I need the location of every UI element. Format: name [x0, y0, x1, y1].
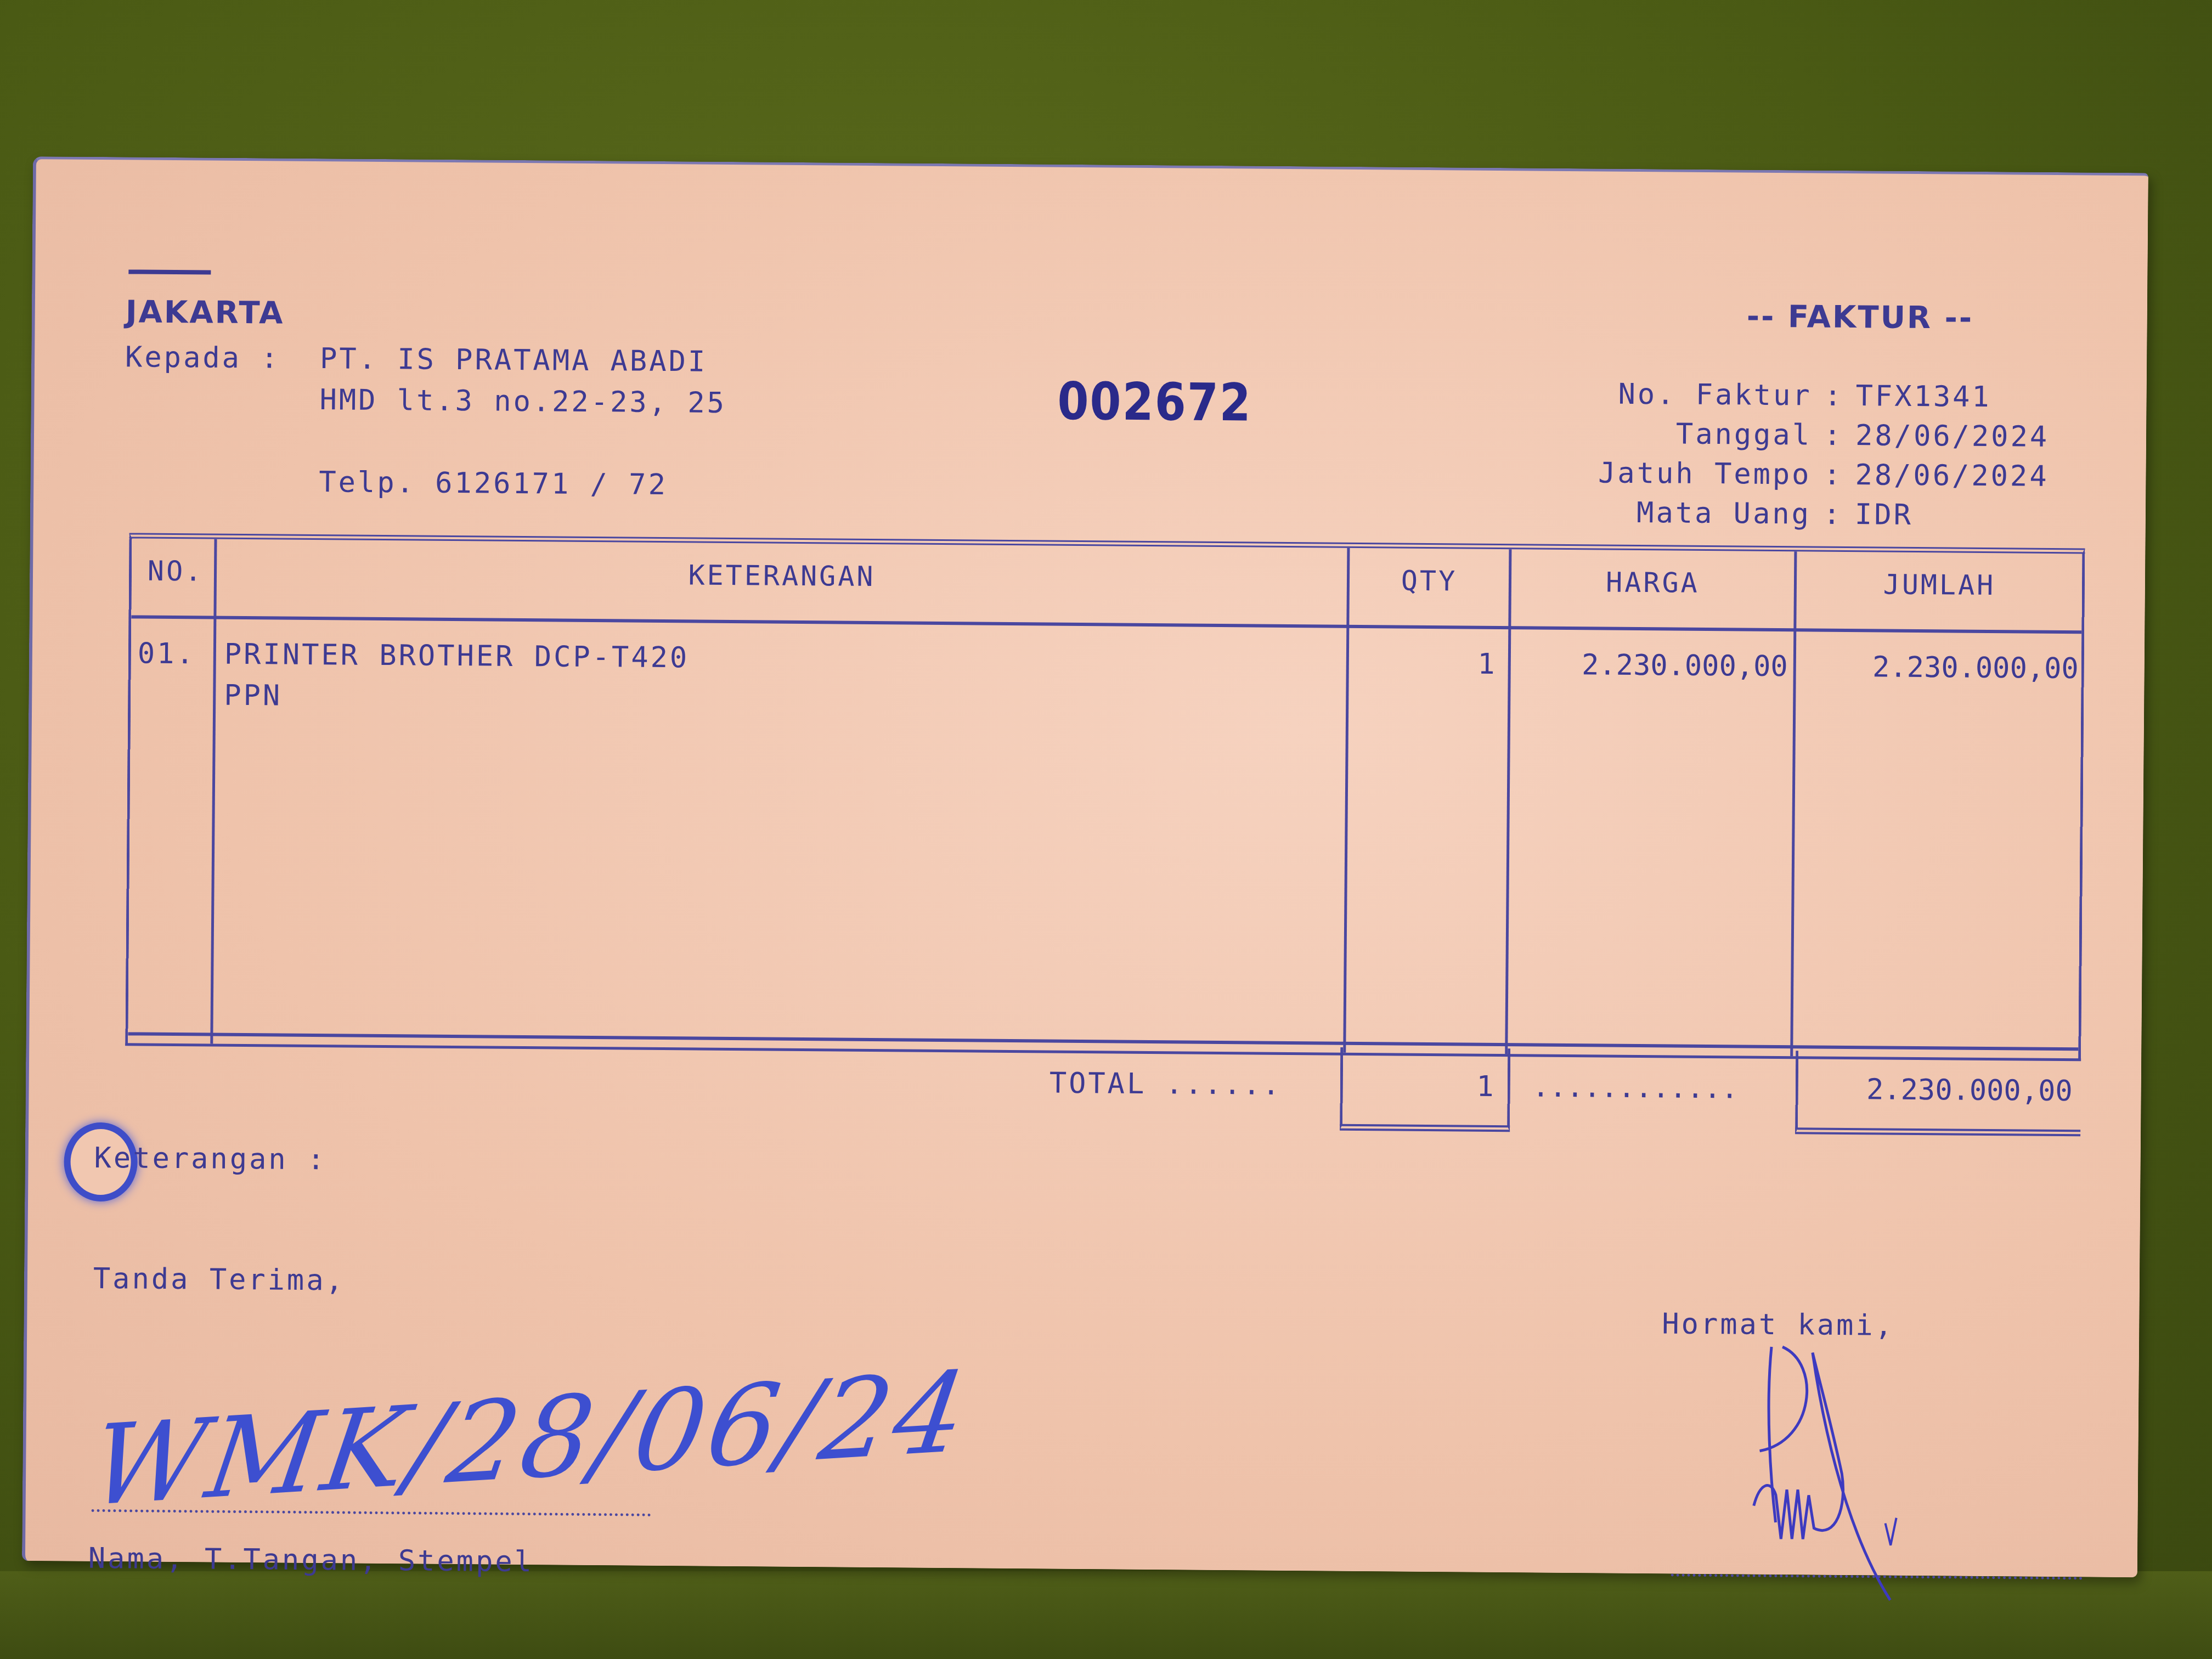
recipient-phone: Telp. 6126171 / 72 — [319, 466, 668, 501]
city-underline — [128, 269, 211, 274]
table-row: 01. PRINTER BROTHER DCP-T420 PPN 1 2.230… — [132, 538, 2083, 554]
header-amount: JUMLAH — [1797, 568, 2082, 602]
meta-value: IDR — [1855, 495, 1913, 535]
total-price-filler: ............ — [1532, 1071, 1739, 1105]
column-divider — [210, 539, 217, 1044]
row-description-tax: PPN — [224, 679, 282, 713]
recipient-name: PT. IS PRATAMA ABADI — [320, 342, 708, 379]
column-divider — [1790, 551, 1797, 1056]
meta-currency: Mata Uang : IDR — [1526, 492, 2049, 535]
total-qty: 1 — [1346, 1069, 1494, 1103]
receipt-caption: Nama, T.Tangan, Stempel — [88, 1542, 534, 1578]
receipt-label: Tanda Terima, — [93, 1262, 345, 1297]
meta-label: No. Faktur — [1526, 374, 1812, 415]
meta-colon: : — [1811, 455, 1855, 495]
recipient-address: HMD lt.3 no.22-23, 25 — [319, 383, 726, 420]
meta-colon: : — [1811, 494, 1855, 534]
header-qty: QTY — [1350, 565, 1509, 597]
meta-value: 28/06/2024 — [1855, 455, 2049, 496]
meta-label: Tanggal — [1526, 413, 1812, 455]
invoice-paper: JAKARTA -- FAKTUR -- Kepada : PT. IS PRA… — [22, 156, 2148, 1577]
meta-value: 28/06/2024 — [1855, 416, 2050, 457]
notes-label: Keterangan : — [94, 1142, 326, 1176]
row-description: PRINTER BROTHER DCP-T420 — [224, 638, 690, 675]
row-qty: 1 — [1349, 647, 1497, 681]
serial-stamp: 002672 — [1057, 372, 1252, 433]
document-title: -- FAKTUR -- — [1747, 299, 1974, 336]
meta-label: Mata Uang — [1526, 492, 1812, 534]
meta-colon: : — [1812, 415, 1856, 455]
meta-due-date: Jatuh Tempo : 28/06/2024 — [1526, 453, 2049, 496]
total-amount: 2.230.000,00 — [1801, 1073, 2073, 1108]
meta-value: TFX1341 — [1855, 376, 1991, 417]
invoice-meta: No. Faktur : TFX1341 Tanggal : 28/06/202… — [1526, 374, 2050, 535]
header-description: KETERANGAN — [217, 556, 1347, 596]
total-label: TOTAL ...... — [1049, 1067, 1282, 1102]
regards-label: Hormat kami, — [1662, 1307, 1894, 1342]
body-bottom-divider — [128, 1032, 2078, 1051]
items-table: NO. KETERANGAN QTY HARGA JUMLAH 01. PRIN… — [125, 533, 2085, 1061]
column-divider — [1343, 548, 1350, 1053]
recipient-label: Kepada : — [125, 341, 280, 375]
handwritten-receipt-signature: WMK/28/06/24 — [83, 1347, 977, 1531]
header-price: HARGA — [1511, 566, 1794, 600]
row-price: 2.230.000,00 — [1514, 648, 1788, 683]
meta-date: Tanggal : 28/06/2024 — [1526, 413, 2050, 456]
meta-invoice-number: No. Faktur : TFX1341 — [1526, 374, 2050, 417]
row-no: 01. — [138, 637, 196, 671]
city-name: JAKARTA — [126, 294, 285, 331]
meta-colon: : — [1812, 376, 1856, 416]
header-no: NO. — [137, 555, 214, 588]
header-divider — [131, 615, 2081, 634]
column-divider — [1505, 549, 1511, 1054]
meta-label: Jatuh Tempo — [1526, 453, 1812, 494]
issuer-signature — [1736, 1341, 1936, 1606]
row-amount: 2.230.000,00 — [1799, 650, 2079, 685]
